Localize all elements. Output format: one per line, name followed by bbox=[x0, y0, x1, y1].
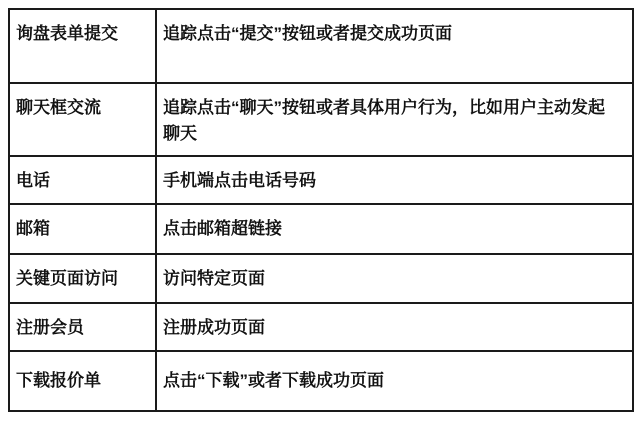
tracking-method-cell: 访问特定页面 bbox=[156, 254, 633, 303]
conversion-type-cell: 关键页面访问 bbox=[9, 254, 156, 303]
tracking-method-cell: 注册成功页面 bbox=[156, 303, 633, 351]
table-row: 电话 手机端点击电话号码 bbox=[9, 156, 633, 204]
table-row: 询盘表单提交 追踪点击“提交”按钮或者提交成功页面 bbox=[9, 9, 633, 83]
conversion-type-cell: 聊天框交流 bbox=[9, 83, 156, 156]
table-row: 注册会员 注册成功页面 bbox=[9, 303, 633, 351]
conversion-type-cell: 邮箱 bbox=[9, 204, 156, 254]
conversion-type-cell: 询盘表单提交 bbox=[9, 9, 156, 83]
conversion-type-cell: 下载报价单 bbox=[9, 351, 156, 411]
tracking-method-cell: 点击邮箱超链接 bbox=[156, 204, 633, 254]
tracking-method-cell: 追踪点击“提交”按钮或者提交成功页面 bbox=[156, 9, 633, 83]
tracking-method-cell: 追踪点击“聊天”按钮或者具体用户行为，比如用户主动发起聊天 bbox=[156, 83, 633, 156]
conversion-type-cell: 注册会员 bbox=[9, 303, 156, 351]
tracking-method-cell: 点击“下载”或者下载成功页面 bbox=[156, 351, 633, 411]
table-row: 下载报价单 点击“下载”或者下载成功页面 bbox=[9, 351, 633, 411]
conversion-type-cell: 电话 bbox=[9, 156, 156, 204]
table-row: 聊天框交流 追踪点击“聊天”按钮或者具体用户行为，比如用户主动发起聊天 bbox=[9, 83, 633, 156]
table-row: 邮箱 点击邮箱超链接 bbox=[9, 204, 633, 254]
table-row: 关键页面访问 访问特定页面 bbox=[9, 254, 633, 303]
tracking-method-cell: 手机端点击电话号码 bbox=[156, 156, 633, 204]
conversion-tracking-table: 询盘表单提交 追踪点击“提交”按钮或者提交成功页面 聊天框交流 追踪点击“聊天”… bbox=[8, 8, 634, 412]
